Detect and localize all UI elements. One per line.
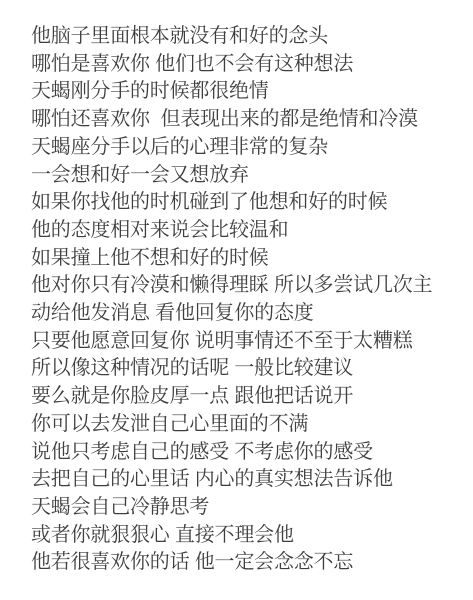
text-line: 如果撞上他不想和好的时候 bbox=[31, 245, 445, 273]
text-line: 他若很喜欢你的话 他一定会念念不忘 bbox=[31, 549, 445, 577]
text-line: 只要他愿意回复你 说明事情还不至于太糟糕 bbox=[31, 328, 445, 356]
text-line: 一会想和好一会又想放弃 bbox=[31, 162, 445, 190]
text-line: 天蝎会自己冷静思考 bbox=[31, 494, 445, 522]
text-line: 动给他发消息 看他回复你的态度 bbox=[31, 300, 445, 328]
text-line: 天蝎刚分手的时候都很绝情 bbox=[31, 78, 445, 106]
text-line: 他脑子里面根本就没有和好的念头 bbox=[31, 23, 445, 51]
text-line: 或者你就狠狠心 直接不理会他 bbox=[31, 522, 445, 550]
text-line: 天蝎座分手以后的心理非常的复杂 bbox=[31, 134, 445, 162]
text-line: 哪怕是喜欢你 他们也不会有这种想法 bbox=[31, 51, 445, 79]
text-line: 如果你找他的时机碰到了他想和好的时候 bbox=[31, 189, 445, 217]
text-line: 哪怕还喜欢你 但表现出来的都是绝情和冷漠 bbox=[31, 106, 445, 134]
text-line: 他对你只有冷漠和懒得理睬 所以多尝试几次主 bbox=[31, 272, 445, 300]
text-line: 去把自己的心里话 内心的真实想法告诉他 bbox=[31, 466, 445, 494]
text-line: 说他只考虑自己的感受 不考虑你的感受 bbox=[31, 439, 445, 467]
text-line: 所以像这种情况的话呢 一般比较建议 bbox=[31, 355, 445, 383]
text-line: 他的态度相对来说会比较温和 bbox=[31, 217, 445, 245]
text-line: 你可以去发泄自己心里面的不满 bbox=[31, 411, 445, 439]
text-page: 他脑子里面根本就没有和好的念头 哪怕是喜欢你 他们也不会有这种想法 天蝎刚分手的… bbox=[0, 0, 473, 600]
text-line: 要么就是你脸皮厚一点 跟他把话说开 bbox=[31, 383, 445, 411]
